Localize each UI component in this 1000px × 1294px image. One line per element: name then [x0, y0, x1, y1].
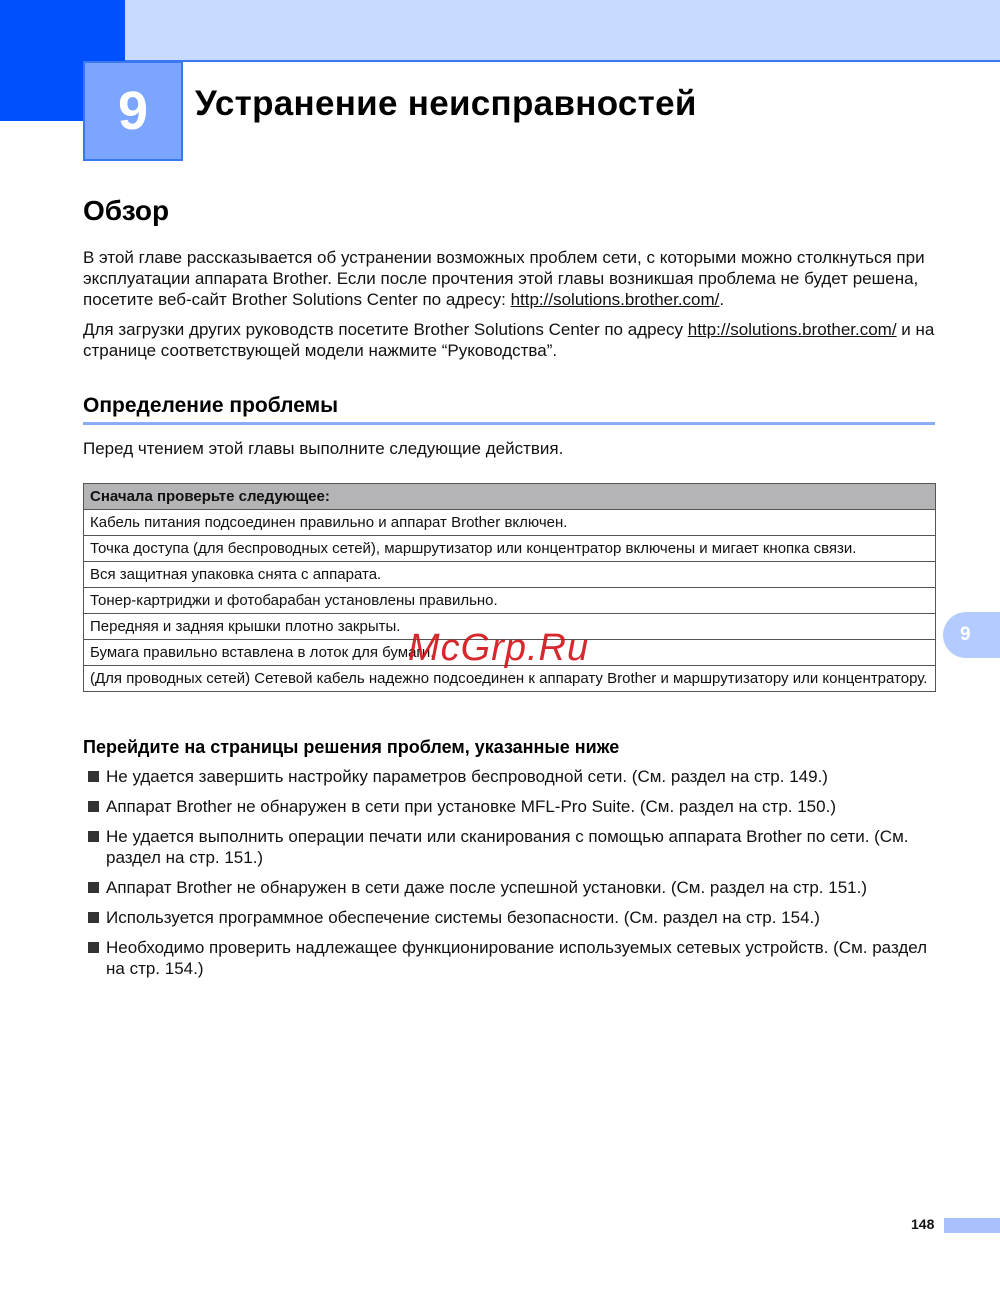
table-row: Кабель питания подсоединен правильно и а…	[84, 510, 936, 536]
chapter-side-tab: 9	[943, 612, 1000, 658]
heading-rule	[83, 422, 935, 425]
checklist-item: Вся защитная упаковка снята с аппарата.	[84, 562, 936, 588]
checklist-item: Кабель питания подсоединен правильно и а…	[84, 510, 936, 536]
checklist-item: Тонер-картриджи и фотобарабан установлен…	[84, 588, 936, 614]
chapter-title: Устранение неисправностей	[195, 84, 697, 124]
list-item: Не удается завершить настройку параметро…	[83, 766, 943, 787]
square-bullet-icon	[88, 801, 99, 812]
identify-heading: Определение проблемы	[83, 394, 338, 418]
list-item: Аппарат Brother не обнаружен в сети даже…	[83, 877, 943, 898]
paragraph-end: .	[719, 290, 724, 309]
identify-intro: Перед чтением этой главы выполните следу…	[83, 438, 943, 459]
list-item: Не удается выполнить операции печати или…	[83, 826, 943, 868]
square-bullet-icon	[88, 831, 99, 842]
list-item-text: Аппарат Brother не обнаружен в сети при …	[106, 797, 836, 816]
overview-paragraph-2: Для загрузки других руководств посетите …	[83, 319, 943, 361]
header-band	[125, 0, 1000, 62]
paragraph-text: Для загрузки других руководств посетите …	[83, 320, 688, 339]
checklist-item: Точка доступа (для беспроводных сетей), …	[84, 536, 936, 562]
checklist-header: Сначала проверьте следующее:	[84, 484, 936, 510]
table-row: Тонер-картриджи и фотобарабан установлен…	[84, 588, 936, 614]
square-bullet-icon	[88, 942, 99, 953]
list-item-text: Не удается выполнить операции печати или…	[106, 827, 909, 867]
watermark: McGrp.Ru	[408, 627, 589, 670]
table-row: Вся защитная упаковка снята с аппарата.	[84, 562, 936, 588]
list-item: Аппарат Brother не обнаружен в сети при …	[83, 796, 943, 817]
list-item: Необходимо проверить надлежащее функцион…	[83, 937, 943, 979]
list-item-text: Необходимо проверить надлежащее функцион…	[106, 938, 927, 978]
page-number: 148	[911, 1216, 934, 1232]
square-bullet-icon	[88, 771, 99, 782]
goto-heading: Перейдите на страницы решения проблем, у…	[83, 737, 619, 758]
square-bullet-icon	[88, 912, 99, 923]
page-number-bar	[944, 1218, 1000, 1233]
overview-heading: Обзор	[83, 195, 169, 227]
paragraph-text: В этой главе рассказывается об устранени…	[83, 248, 925, 309]
goto-list: Не удается завершить настройку параметро…	[83, 766, 943, 988]
list-item-text: Используется программное обеспечение сис…	[106, 908, 820, 927]
solutions-link-2[interactable]: http://solutions.brother.com/	[688, 320, 897, 339]
square-bullet-icon	[88, 882, 99, 893]
list-item-text: Аппарат Brother не обнаружен в сети даже…	[106, 878, 867, 897]
chapter-number-box: 9	[83, 61, 183, 161]
overview-paragraph-1: В этой главе рассказывается об устранени…	[83, 247, 943, 310]
table-row: Точка доступа (для беспроводных сетей), …	[84, 536, 936, 562]
solutions-link-1[interactable]: http://solutions.brother.com/	[511, 290, 720, 309]
list-item: Используется программное обеспечение сис…	[83, 907, 943, 928]
list-item-text: Не удается завершить настройку параметро…	[106, 767, 828, 786]
